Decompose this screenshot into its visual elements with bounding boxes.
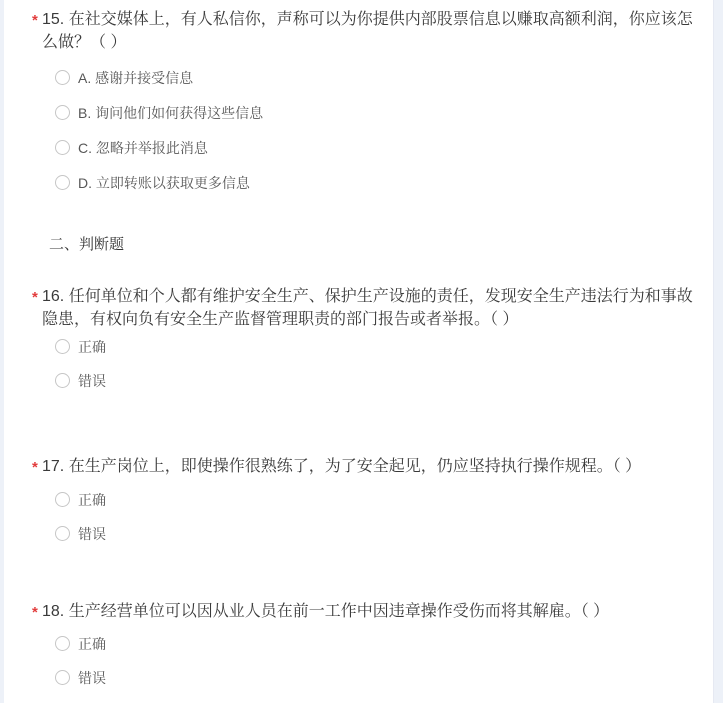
option-true[interactable]: 正确 [55,491,106,508]
question-text-line: 16. 任何单位和个人都有维护安全生产、保护生产设施的责任，发现安全生产违法行为… [42,285,700,308]
survey-form-card: * 15. 在社交媒体上，有人私信你，声称可以为你提供内部股票信息以赚取高额利润… [4,0,714,703]
option-false[interactable]: 错误 [55,669,106,686]
question-18: * 18. 生产经营单位可以因从业人员在前一工作中因违章操作受伤而将其解雇。（ … [4,600,713,686]
option-true[interactable]: 正确 [55,338,106,355]
radio-icon[interactable] [55,492,70,507]
question-18-options: 正确 错误 [55,635,713,686]
question-text-line: 17. 在生产岗位上，即使操作很熟练了，为了安全起见，仍应坚持执行操作规程。（ … [42,455,700,478]
question-text-line: 18. 生产经营单位可以因从业人员在前一工作中因违章操作受伤而将其解雇。（ ） [42,600,700,623]
option-false[interactable]: 错误 [55,525,106,542]
radio-icon[interactable] [55,105,70,120]
question-text-line: 么做？（ ） [42,31,700,54]
option-label: 错误 [78,668,106,688]
question-16: * 16. 任何单位和个人都有维护安全生产、保护生产设施的责任，发现安全生产违法… [4,285,713,389]
option-label: D. 立即转账以获取更多信息 [78,173,250,193]
radio-icon[interactable] [55,636,70,651]
question-18-title: * 18. 生产经营单位可以因从业人员在前一工作中因违章操作受伤而将其解雇。（ … [42,600,700,623]
option-false[interactable]: 错误 [55,372,106,389]
radio-icon[interactable] [55,526,70,541]
option-label: B. 询问他们如何获得这些信息 [78,103,263,123]
option-a[interactable]: A. 感谢并接受信息 [55,69,193,86]
required-asterisk: * [32,286,38,309]
question-17: * 17. 在生产岗位上，即使操作很熟练了，为了安全起见，仍应坚持执行操作规程。… [4,455,713,542]
question-17-options: 正确 错误 [55,491,713,542]
radio-icon[interactable] [55,140,70,155]
survey-page: * 15. 在社交媒体上，有人私信你，声称可以为你提供内部股票信息以赚取高额利润… [0,0,723,703]
required-asterisk: * [32,601,38,624]
question-17-title: * 17. 在生产岗位上，即使操作很熟练了，为了安全起见，仍应坚持执行操作规程。… [42,455,700,478]
question-15: * 15. 在社交媒体上，有人私信你，声称可以为你提供内部股票信息以赚取高额利润… [4,8,713,191]
radio-icon[interactable] [55,373,70,388]
question-16-options: 正确 错误 [55,338,713,389]
question-text-line: 隐患，有权向负有安全生产监督管理职责的部门报告或者举报。（ ） [42,308,700,331]
option-label: 正确 [78,490,106,510]
required-asterisk: * [32,456,38,479]
option-label: 错误 [78,371,106,391]
option-label: C. 忽略并举报此消息 [78,138,208,158]
radio-icon[interactable] [55,670,70,685]
radio-icon[interactable] [55,339,70,354]
question-text-line: 15. 在社交媒体上，有人私信你，声称可以为你提供内部股票信息以赚取高额利润，你… [42,8,700,31]
question-16-title: * 16. 任何单位和个人都有维护安全生产、保护生产设施的责任，发现安全生产违法… [42,285,700,331]
radio-icon[interactable] [55,70,70,85]
question-15-options: A. 感谢并接受信息 B. 询问他们如何获得这些信息 C. 忽略并举报此消息 D… [55,69,713,191]
option-d[interactable]: D. 立即转账以获取更多信息 [55,174,250,191]
option-b[interactable]: B. 询问他们如何获得这些信息 [55,104,263,121]
option-label: 正确 [78,337,106,357]
question-15-title: * 15. 在社交媒体上，有人私信你，声称可以为你提供内部股票信息以赚取高额利润… [42,8,700,54]
section-header-judge: 二、判断题 [49,237,713,253]
option-c[interactable]: C. 忽略并举报此消息 [55,139,208,156]
option-label: 正确 [78,634,106,654]
required-asterisk: * [32,9,38,32]
option-true[interactable]: 正确 [55,635,106,652]
option-label: A. 感谢并接受信息 [78,68,193,88]
radio-icon[interactable] [55,175,70,190]
option-label: 错误 [78,524,106,544]
